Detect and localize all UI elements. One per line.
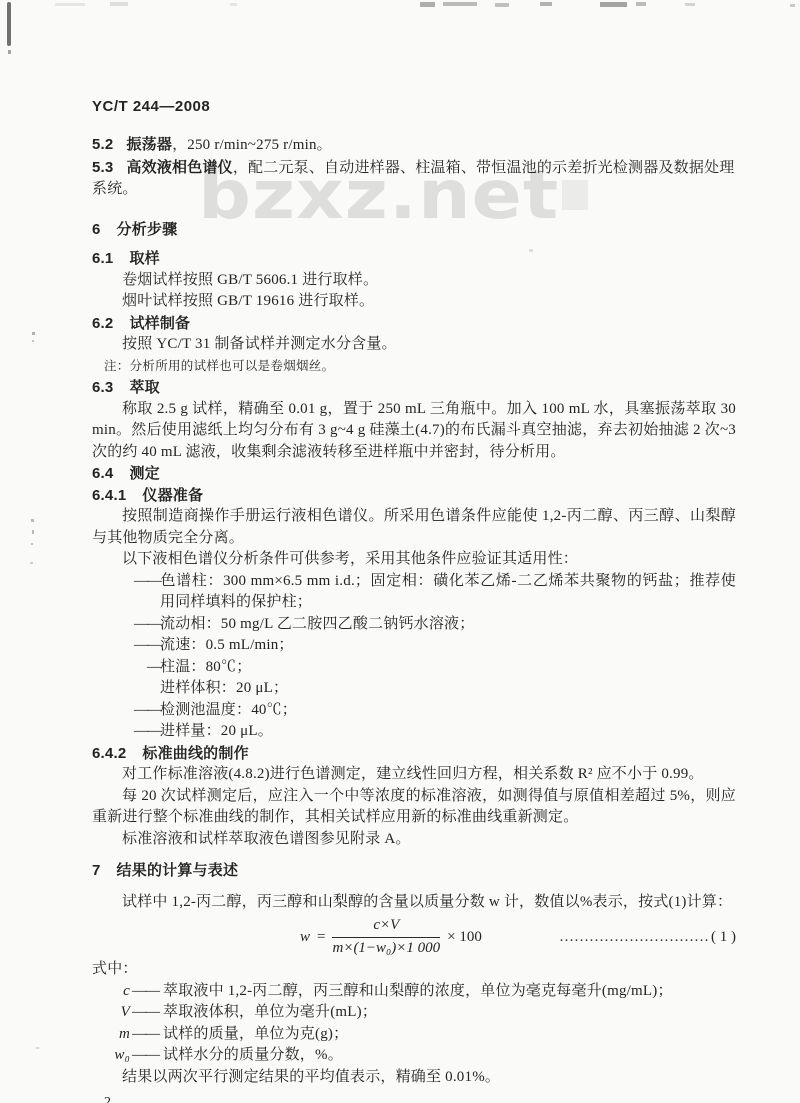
scan-speck bbox=[32, 340, 34, 342]
variable-symbol: m bbox=[100, 1024, 130, 1046]
scan-speck bbox=[540, 2, 552, 6]
scan-speck bbox=[31, 519, 34, 522]
formula-multiplier: × 100 bbox=[447, 928, 482, 947]
section-title: 分析步骤 bbox=[117, 221, 178, 238]
section-number: 6 bbox=[92, 221, 101, 238]
clause-number: 5.3 bbox=[92, 159, 113, 176]
dash-marker: —— bbox=[132, 1026, 158, 1042]
variable-symbol: V bbox=[100, 1002, 130, 1024]
clause-number: 6.3 bbox=[92, 379, 113, 396]
standard-code: YC/T 244—2008 bbox=[92, 96, 736, 118]
paragraph-instrument-setup: 按照制造商操作手册运行液相色谱仪。所采用色谱条件应能使 1,2-丙二醇、丙三醇、… bbox=[92, 506, 736, 549]
clause-5-2: 5.2振荡器，250 r/min~275 r/min。 bbox=[92, 134, 736, 157]
clause-6-4-2-heading: 6.4.2标准曲线的制作 bbox=[92, 743, 736, 765]
condition-text: 流速：0.5 mL/min； bbox=[160, 637, 294, 653]
dash-marker: —— bbox=[116, 614, 160, 636]
condition-text: 进样体积：20 μL； bbox=[160, 680, 288, 696]
paragraph-sample-preparation: 按照 YC/T 31 制备试样并测定水分含量。 bbox=[92, 334, 736, 356]
paragraph-cigarette-sampling: 卷烟试样按照 GB/T 5606.1 进行取样。 bbox=[92, 270, 736, 292]
formula-dotted-leader: ………………………… bbox=[559, 928, 709, 947]
clause-number: 6.4 bbox=[92, 465, 113, 482]
scan-speck bbox=[443, 2, 477, 6]
condition-text: 柱温：80℃； bbox=[160, 659, 251, 675]
variable-definition-c: c——萃取液中 1,2-丙二醇，丙三醇和山梨醇的浓度，单位为毫克每毫升(mg/m… bbox=[92, 981, 736, 1003]
dash-marker: — bbox=[116, 657, 160, 679]
formula-lhs: w bbox=[300, 928, 310, 947]
scan-speck bbox=[55, 3, 85, 6]
fraction-numerator: c×V bbox=[332, 916, 440, 938]
scan-speck bbox=[495, 3, 509, 7]
section-6-heading: 6分析步骤 bbox=[92, 219, 736, 241]
clause-title: 萃取 bbox=[129, 379, 159, 396]
scan-speck bbox=[36, 1047, 39, 1049]
paragraph-recalibration: 每 20 次试样测定后，应注入一个中等浓度的标准溶液，如测得值与原值相差超过 5… bbox=[92, 786, 736, 829]
clause-6-4-heading: 6.4测定 bbox=[92, 463, 736, 485]
paragraph-leaf-sampling: 烟叶试样按照 GB/T 19616 进行取样。 bbox=[92, 291, 736, 313]
variable-symbol: c bbox=[100, 981, 130, 1003]
section-title: 结果的计算与表述 bbox=[117, 862, 239, 879]
scan-speck bbox=[636, 2, 646, 6]
clause-title: 标准曲线的制作 bbox=[142, 745, 248, 762]
scan-speck bbox=[110, 2, 128, 6]
condition-injection-amount: ——进样量：20 μL。 bbox=[92, 721, 736, 743]
dash-marker: —— bbox=[116, 571, 160, 593]
clause-title: 测定 bbox=[129, 465, 159, 482]
condition-column-temp: —柱温：80℃； bbox=[92, 657, 736, 679]
clause-number: 6.4.2 bbox=[92, 745, 126, 762]
page-number: 2 bbox=[92, 1095, 736, 1103]
section-7-heading: 7结果的计算与表述 bbox=[92, 860, 736, 882]
scan-speck bbox=[529, 249, 533, 252]
scan-speck bbox=[420, 2, 435, 7]
clause-text: ，250 r/min~275 r/min。 bbox=[172, 137, 332, 153]
paragraph-extraction: 称取 2.5 g 试样，精确至 0.01 g，置于 250 mL 三角瓶中。加入… bbox=[92, 399, 736, 464]
section-number: 7 bbox=[92, 862, 101, 879]
clause-number: 6.1 bbox=[92, 250, 113, 267]
variable-definition-m: m——试样的质量，单位为克(g)； bbox=[92, 1024, 736, 1046]
scan-speck bbox=[32, 332, 35, 335]
equation-1: w = c×V m×(1−w₀)×1 000 × 100 ………………………… … bbox=[92, 916, 736, 958]
scan-speck bbox=[30, 562, 33, 564]
scan-speck bbox=[8, 50, 11, 54]
dash-marker: —— bbox=[116, 721, 160, 743]
condition-text: 流动相：50 mg/L 乙二胺四乙酸二钠钙水溶液； bbox=[160, 616, 474, 632]
dash-marker: —— bbox=[116, 700, 160, 722]
clause-title: 仪器准备 bbox=[142, 487, 203, 504]
paragraph-formula-intro: 试样中 1,2-丙二醇，丙三醇和山梨醇的含量以质量分数 w 计，数值以%表示，按… bbox=[92, 892, 736, 914]
condition-flow-rate: ——流速：0.5 mL/min； bbox=[92, 635, 736, 657]
variable-text: 试样水分的质量分数，%。 bbox=[163, 1047, 343, 1063]
scan-artifact-bar bbox=[7, 2, 11, 46]
condition-mobile-phase: ——流动相：50 mg/L 乙二胺四乙酸二钠钙水溶液； bbox=[92, 614, 736, 636]
clause-6-4-1-heading: 6.4.1仪器准备 bbox=[92, 485, 736, 507]
clause-number: 6.2 bbox=[92, 315, 113, 332]
note-text: 注：分析所用的试样也可以是卷烟烟丝。 bbox=[92, 356, 736, 378]
scan-speck bbox=[32, 530, 34, 534]
condition-detector-temp: ——检测池温度：40℃； bbox=[92, 700, 736, 722]
scan-speck bbox=[600, 2, 627, 7]
page-content: YC/T 244—2008 5.2振荡器，250 r/min~275 r/min… bbox=[0, 0, 800, 1103]
clause-6-2-heading: 6.2试样制备 bbox=[92, 313, 736, 335]
condition-text: 色谱柱：300 mm×6.5 mm i.d.；固定相：磺化苯乙烯-二乙烯苯共聚物… bbox=[160, 573, 736, 611]
clause-number: 5.2 bbox=[92, 136, 113, 153]
scan-speck bbox=[230, 3, 237, 6]
clause-title: 试样制备 bbox=[129, 315, 190, 332]
clause-term: 高效液相色谱仪 bbox=[126, 159, 232, 176]
condition-injection-volume: 进样体积：20 μL； bbox=[92, 678, 736, 700]
clause-5-3: 5.3高效液相色谱仪，配二元泵、自动进样器、柱温箱、带恒温池的示差折光检测器及数… bbox=[92, 157, 736, 201]
condition-text: 进样量：20 μL。 bbox=[160, 723, 273, 739]
scan-speck bbox=[31, 543, 33, 545]
variable-definition-w0: w₀——试样水分的质量分数，%。 bbox=[92, 1045, 736, 1067]
paragraph-result-expression: 结果以两次平行测定结果的平均值表示，精确至 0.01%。 bbox=[92, 1067, 736, 1089]
clause-title: 取样 bbox=[129, 250, 159, 267]
paragraph-calibration: 对工作标准溶液(4.8.2)进行色谱测定，建立线性回归方程，相关系数 R² 应不… bbox=[92, 764, 736, 786]
paragraph-annex-reference: 标准溶液和试样萃取液色谱图参见附录 A。 bbox=[92, 829, 736, 851]
condition-text: 检测池温度：40℃； bbox=[160, 702, 297, 718]
variable-definition-V: V——萃取液体积，单位为毫升(mL)； bbox=[92, 1002, 736, 1024]
variable-symbol: w₀ bbox=[100, 1045, 130, 1067]
scanned-document-page: bzxz.net YC/T 244—2008 5.2振荡器，250 r/min~… bbox=[0, 0, 800, 1103]
variable-text: 试样的质量，单位为克(g)； bbox=[163, 1026, 348, 1042]
formula-number: ( 1 ) bbox=[711, 928, 736, 947]
clause-number: 6.4.1 bbox=[92, 487, 126, 504]
variable-text: 萃取液中 1,2-丙二醇，丙三醇和山梨醇的浓度，单位为毫克每毫升(mg/mL)； bbox=[163, 983, 673, 999]
clause-6-1-heading: 6.1取样 bbox=[92, 248, 736, 270]
clause-6-3-heading: 6.3萃取 bbox=[92, 377, 736, 399]
scan-speck bbox=[790, 4, 795, 7]
dash-marker: —— bbox=[116, 635, 160, 657]
condition-column: ——色谱柱：300 mm×6.5 mm i.d.；固定相：磺化苯乙烯-二乙烯苯共… bbox=[92, 571, 736, 614]
paragraph-reference-conditions: 以下液相色谱仪分析条件可供参考，采用其他条件应验证其适用性： bbox=[92, 549, 736, 571]
fraction-denominator: m×(1−w₀)×1 000 bbox=[332, 938, 440, 958]
scan-speck bbox=[685, 3, 695, 6]
formula-equals: = bbox=[317, 928, 325, 947]
clause-term: 振荡器 bbox=[126, 136, 172, 153]
dash-marker: —— bbox=[132, 1047, 158, 1063]
formula-fraction: c×V m×(1−w₀)×1 000 bbox=[332, 916, 440, 958]
dash-marker: —— bbox=[132, 983, 158, 999]
dash-marker: —— bbox=[132, 1004, 158, 1020]
where-label: 式中： bbox=[92, 959, 736, 981]
variable-text: 萃取液体积，单位为毫升(mL)； bbox=[163, 1004, 377, 1020]
